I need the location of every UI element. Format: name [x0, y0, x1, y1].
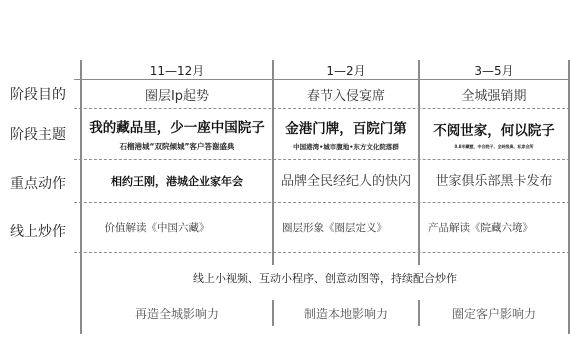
row-label-theme: 阶段主题 [0, 124, 76, 144]
period-header-2: 1—2月 [274, 62, 418, 79]
purpose-cell-1: 圈层Ip起势 [82, 80, 272, 108]
impact-cell-1: 再造全城影响力 [82, 300, 272, 326]
row-divider-4 [74, 252, 570, 253]
summary-line: 线上小视频、互动小程序、创意动图等，持续配合炒作 [82, 268, 568, 288]
key-action-cell-2: 品牌全民经纪人的快闪 [280, 160, 412, 202]
purpose-cell-2: 春节入侵宴席 [274, 80, 418, 108]
key-action-cell-3: 世家俱乐部黑卡发布 [420, 160, 568, 202]
theme-main-3: 不阅世家，何以院子 [433, 119, 555, 139]
online-hype-cell-2: 圈层形象《圈层定义》 [274, 203, 392, 252]
row-label-key-action: 重点动作 [0, 173, 76, 193]
online-hype-cell-3: 产品解读《院藏六境》 [420, 203, 548, 252]
period-header-3: 3—5月 [420, 62, 568, 79]
theme-cell-2: 金港门牌，百院门第 中国港湾•城市腹地•东方文化院落群 [274, 109, 418, 159]
theme-cell-3: 不阅世家，何以院子 0.8米藏墅、中合院子、全岭级典、私家会所 [420, 109, 568, 159]
key-action-cell-1: 相约王刚，港城企业家年会 [82, 160, 272, 202]
period-header-1: 11—12月 [82, 62, 272, 79]
theme-sub-3: 0.8米藏墅、中合院子、全岭级典、私家会所 [454, 144, 533, 150]
impact-cell-2: 制造本地影响力 [274, 300, 418, 326]
theme-main-1: 我的藏品里，少一座中国院子 [89, 116, 265, 136]
purpose-cell-3: 全城强销期 [420, 80, 568, 108]
row-label-online-hype: 线上炒作 [0, 221, 76, 241]
online-hype-cell-1: 价值解读《中国六藏》 [82, 203, 232, 252]
row-label-purpose: 阶段目的 [0, 84, 76, 104]
impact-cell-3: 圈定客户影响力 [420, 300, 568, 326]
theme-sub-2: 中国港湾•城市腹地•东方文化院落群 [293, 142, 399, 151]
theme-main-2: 金港门牌，百院门第 [285, 117, 407, 137]
theme-sub-1: 石榴港城“双院倾城”客户答谢盛典 [120, 141, 235, 152]
theme-cell-1: 我的藏品里，少一座中国院子 石榴港城“双院倾城”客户答谢盛典 [82, 109, 272, 159]
